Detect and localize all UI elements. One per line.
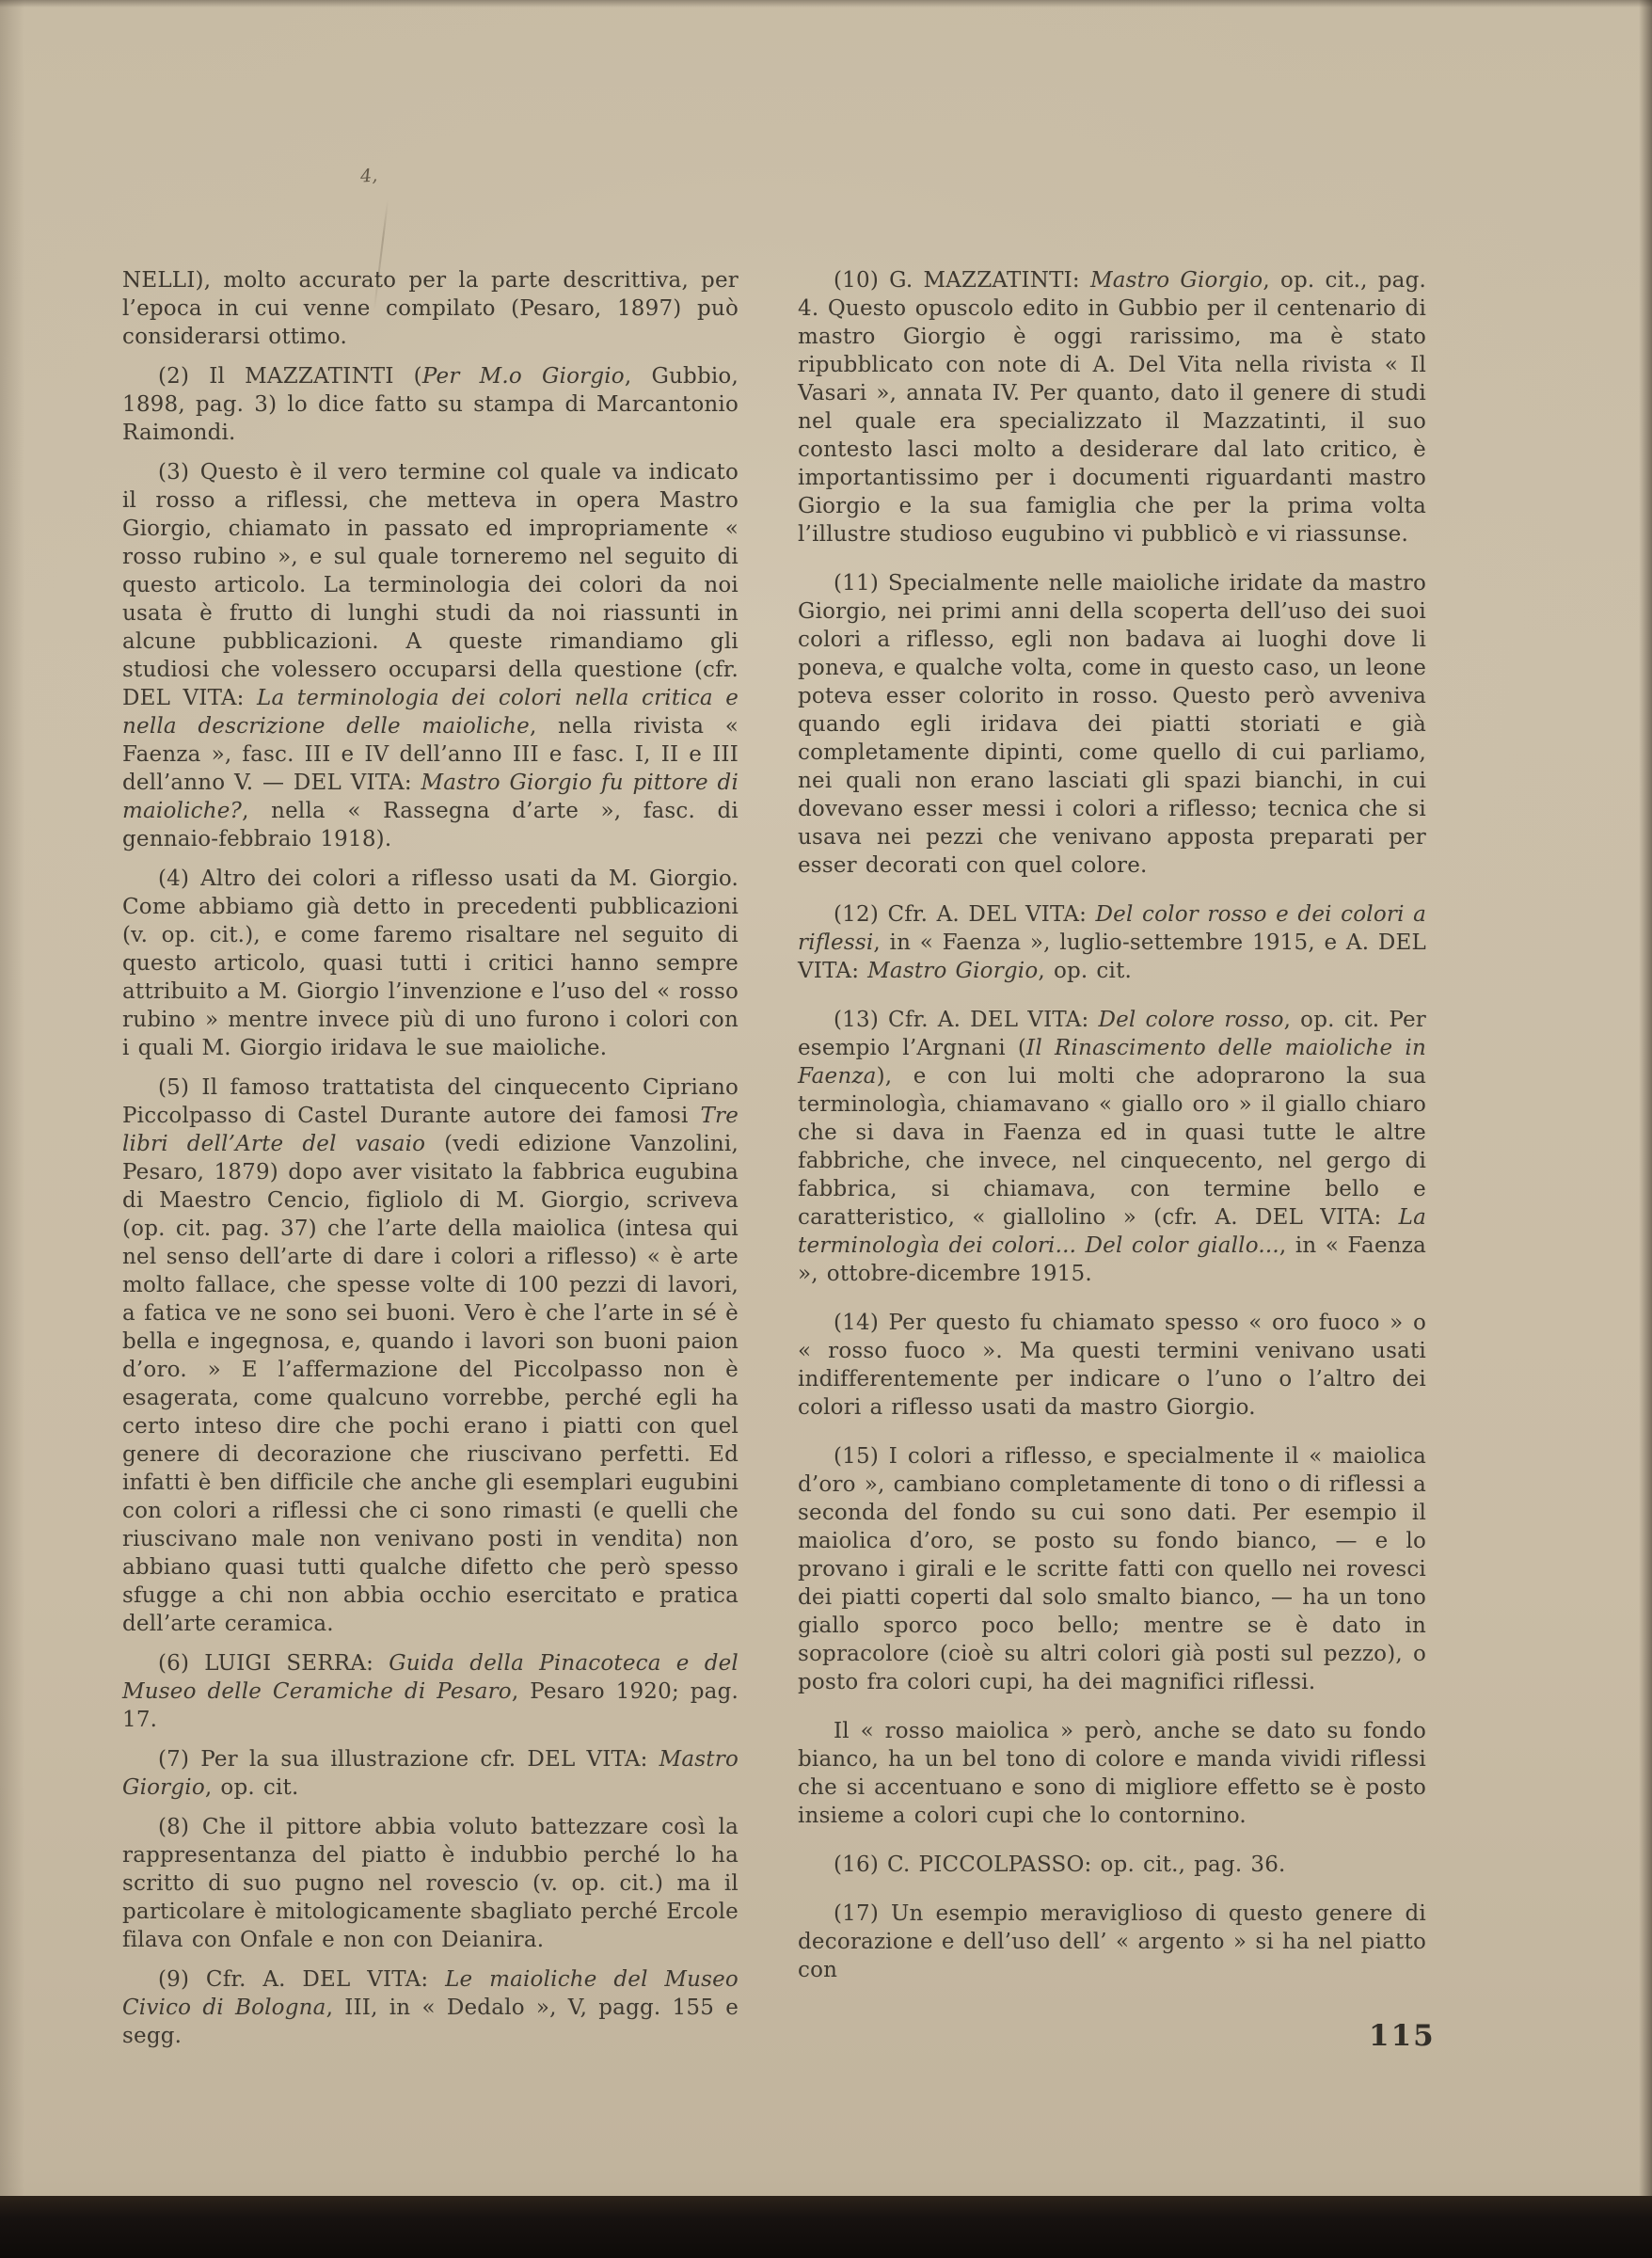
note-1-continuation: NELLI), molto accurato per la parte desc… [122, 266, 739, 351]
note-3: (3) Questo è il vero termine col quale v… [122, 458, 739, 853]
note-17: (17) Un esempio meraviglioso di questo g… [798, 1900, 1426, 1984]
note-14: (14) Per questo fu chiamato spesso « oro… [798, 1309, 1426, 1422]
note-16: (16) C. PICCOLPASSO: op. cit., pag. 36. [798, 1851, 1426, 1879]
note-12: (12) Cfr. A. DEL VITA: Del color rosso e… [798, 900, 1426, 985]
note-2: (2) Il MAZZATINTI (Per M.o Giorgio, Gubb… [122, 362, 739, 447]
column-right: (10) G. MAZZATINTI: Mastro Giorgio, op. … [798, 266, 1426, 2005]
note-10: (10) G. MAZZATINTI: Mastro Giorgio, op. … [798, 266, 1426, 549]
page-number: 115 [1369, 2019, 1436, 2053]
ink-mark: 4, [359, 165, 378, 186]
note-7: (7) Per la sua illustrazione cfr. DEL VI… [122, 1745, 739, 1802]
page-left-shadow [0, 0, 24, 2258]
scan-bottom-band [0, 2196, 1652, 2258]
note-13: (13) Cfr. A. DEL VITA: Del colore rosso,… [798, 1006, 1426, 1288]
note-15: (15) I colori a riflesso, e specialmente… [798, 1442, 1426, 1696]
note-6: (6) LUIGI SERRA: Guida della Pinacoteca … [122, 1649, 739, 1734]
column-left: NELLI), molto accurato per la parte desc… [122, 266, 739, 2061]
page-right-shadow [1639, 0, 1652, 2258]
note-9: (9) Cfr. A. DEL VITA: Le maioliche del M… [122, 1965, 739, 2050]
scanned-book-page: 4, NELLI), molto accurato per la parte d… [0, 0, 1652, 2258]
note-4: (4) Altro dei colori a riflesso usati da… [122, 865, 739, 1062]
note-8: (8) Che il pittore abbia voluto battezza… [122, 1813, 739, 1954]
page-top-shadow [0, 0, 1652, 8]
note-5: (5) Il famoso trattatista del cinquecent… [122, 1073, 739, 1638]
note-15-second-paragraph: Il « rosso maiolica » però, anche se dat… [798, 1717, 1426, 1830]
note-11: (11) Specialmente nelle maioliche iridat… [798, 569, 1426, 880]
